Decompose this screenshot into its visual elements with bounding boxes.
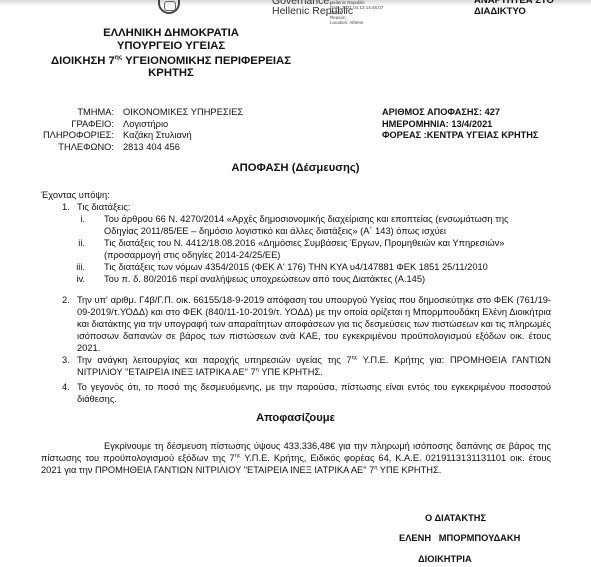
info-value: Λογιστήριο (123, 119, 168, 131)
sub-item-number: iv. (69, 274, 85, 284)
sub-item-number: ii. (69, 238, 85, 248)
sub-item-line: Τις διατάξεις του Ν. 4412/18.08.2016 «Δη… (104, 238, 584, 250)
decision-meta: ΑΡΙΘΜΟΣ ΑΠΟΦΑΣΗΣ: 427 ΗΜΕΡΟΜΗΝΙΑ: 13/4/2… (382, 107, 538, 142)
coat-of-arms-icon (158, 0, 180, 14)
sub-item-line: Του π. δ. 80/2016 περί αναλήψεως υποχρεώ… (104, 274, 584, 286)
signer-role: Ο ΔΙΑΤΑΚΤΗΣ (425, 513, 486, 523)
sub-item-line: Οδηγίας 2011/85/ΕΕ – δημόσιο λογιστικό κ… (104, 226, 584, 238)
decision-heading: Αποφασίζουμε (0, 412, 591, 424)
item-number: 4. (62, 382, 70, 392)
sub-item-line: Του άρθρου 66 Ν. 4270/2014 «Αρχές δημοσι… (104, 214, 584, 226)
letterhead-administration: ΔΙΟΙΚΗΣΗ 7ης ΥΓΕΙΟΝΟΜΙΚΗΣ ΠΕΡΙΦΕΡΕΙΑΣ (46, 52, 296, 67)
sub-item-i: Του άρθρου 66 Ν. 4270/2014 «Αρχές δημοσι… (104, 214, 584, 238)
sub-item-line: Τις διατάξεις των νόμων 4354/2015 (ΦΕΚ Α… (104, 262, 584, 274)
info-label: ΤΜΗΜΑ: (40, 107, 123, 119)
letterhead: ΕΛΛΗΝΙΚΗ ΔΗΜΟΚΡΑΤΙΑ ΥΠΟΥΡΓΕΙΟ ΥΓΕΙΑΣ ΔΙΟ… (46, 27, 296, 80)
text: Την ανάγκη λειτουργίας και παροχής υπηρε… (77, 355, 352, 365)
sub-item-iv: Του π. δ. 80/2016 περί αναλήψεως υποχρεώ… (104, 274, 584, 286)
text: ΔΙΟΙΚΗΣΗ 7 (51, 55, 115, 67)
decision-body: ΦΟΡΕΑΣ :ΚΕΝΤΡΑ ΥΓΕΙΑΣ ΚΡΗΤΗΣ (382, 130, 538, 142)
sub-item-line: (προσαρμογή στις οδηγίες 2014-24/25/ΕΕ) (104, 250, 584, 262)
info-label: ΤΗΛΕΦΩΝΟ: (40, 142, 123, 154)
publish-note: ΑΝΑΡΤΗΤΕΑ ΣΤΟ ΔΙΑΔΙΚΤΥΟ (474, 0, 591, 17)
letterhead-region: ΚΡΗΤΗΣ (46, 67, 296, 80)
info-value: ΟΙΚΟΝΟΜΙΚΕΣ ΥΠΗΡΕΣΙΕΣ (123, 107, 243, 119)
info-row: ΠΛΗΡΟΦΟΡΙΕΣ:Καζάκη Στυλιανή (40, 130, 243, 142)
info-value: Καζάκη Στυλιανή (123, 130, 192, 142)
info-value: 2813 404 456 (123, 142, 180, 154)
item-4-text: Το γεγονός ότι, το ποσό της δεσμευόμενης… (77, 382, 551, 406)
item-number: 3. (62, 355, 70, 365)
info-row: ΤΜΗΜΑ:ΟΙΚΟΝΟΜΙΚΕΣ ΥΠΗΡΕΣΙΕΣ (40, 107, 243, 119)
text: ΥΠΕ ΚΡΗΤΗΣ. (259, 367, 323, 377)
info-row: ΤΗΛΕΦΩΝΟ:2813 404 456 (40, 142, 243, 154)
decision-text: Εγκρίνουμε τη δέσμευση πίστωσης ύψους 43… (41, 441, 551, 477)
item-2-text: Την υπ' αριθμ. Γ4β/Γ.Π. οικ. 66155/18-9-… (77, 295, 551, 355)
intro-text: Έχοντας υπόψη: (41, 190, 110, 202)
document-title: ΑΠΟΦΑΣΗ (Δέσμευσης) (0, 162, 591, 174)
item-number: 1. (62, 202, 70, 212)
signer-title: ΔΙΟΙΚΗΤΡΙΑ (418, 554, 472, 564)
item-number: 2. (62, 295, 70, 305)
sub-item-number: i. (69, 214, 85, 224)
digital-signature-details: Hellenic Republic Date: 2021.04.13 14:46… (330, 0, 383, 25)
signature-location: Location: Athens (330, 20, 383, 25)
sub-item-number: iii. (69, 262, 85, 272)
item-3-text: Την ανάγκη λειτουργίας και παροχής υπηρε… (77, 355, 551, 379)
signer-name: ΕΛΕΝΗ ΜΠΟΡΜΠΟΥΔΑΚΗ (399, 533, 520, 543)
text: ΥΓΕΙΟΝΟΜΙΚΗΣ ΠΕΡΙΦΕΡΕΙΑΣ (122, 55, 291, 67)
text: ΥΠΕ ΚΡΗΤΗΣ. (377, 465, 441, 475)
letterhead-republic: ΕΛΛΗΝΙΚΗ ΔΗΜΟΚΡΑΤΙΑ (46, 27, 296, 40)
sub-item-iii: Τις διατάξεις των νόμων 4354/2015 (ΦΕΚ Α… (104, 262, 584, 274)
letterhead-ministry: ΥΠΟΥΡΓΕΙΟ ΥΓΕΙΑΣ (46, 40, 296, 53)
info-row: ΓΡΑΦΕΙΟ:Λογιστήριο (40, 119, 243, 131)
info-label: ΠΛΗΡΟΦΟΡΙΕΣ: (40, 130, 123, 142)
info-label: ΓΡΑΦΕΙΟ: (40, 119, 123, 131)
decision-number: ΑΡΙΘΜΟΣ ΑΠΟΦΑΣΗΣ: 427 (382, 107, 538, 119)
sender-info: ΤΜΗΜΑ:ΟΙΚΟΝΟΜΙΚΕΣ ΥΠΗΡΕΣΙΕΣ ΓΡΑΦΕΙΟ:Λογι… (40, 107, 243, 154)
item-1-text: Τις διατάξεις: (77, 202, 130, 214)
decision-date: ΗΜΕΡΟΜΗΝΙΑ: 13/4/2021 (382, 119, 538, 131)
sub-item-ii: Τις διατάξεις του Ν. 4412/18.08.2016 «Δη… (104, 238, 584, 262)
